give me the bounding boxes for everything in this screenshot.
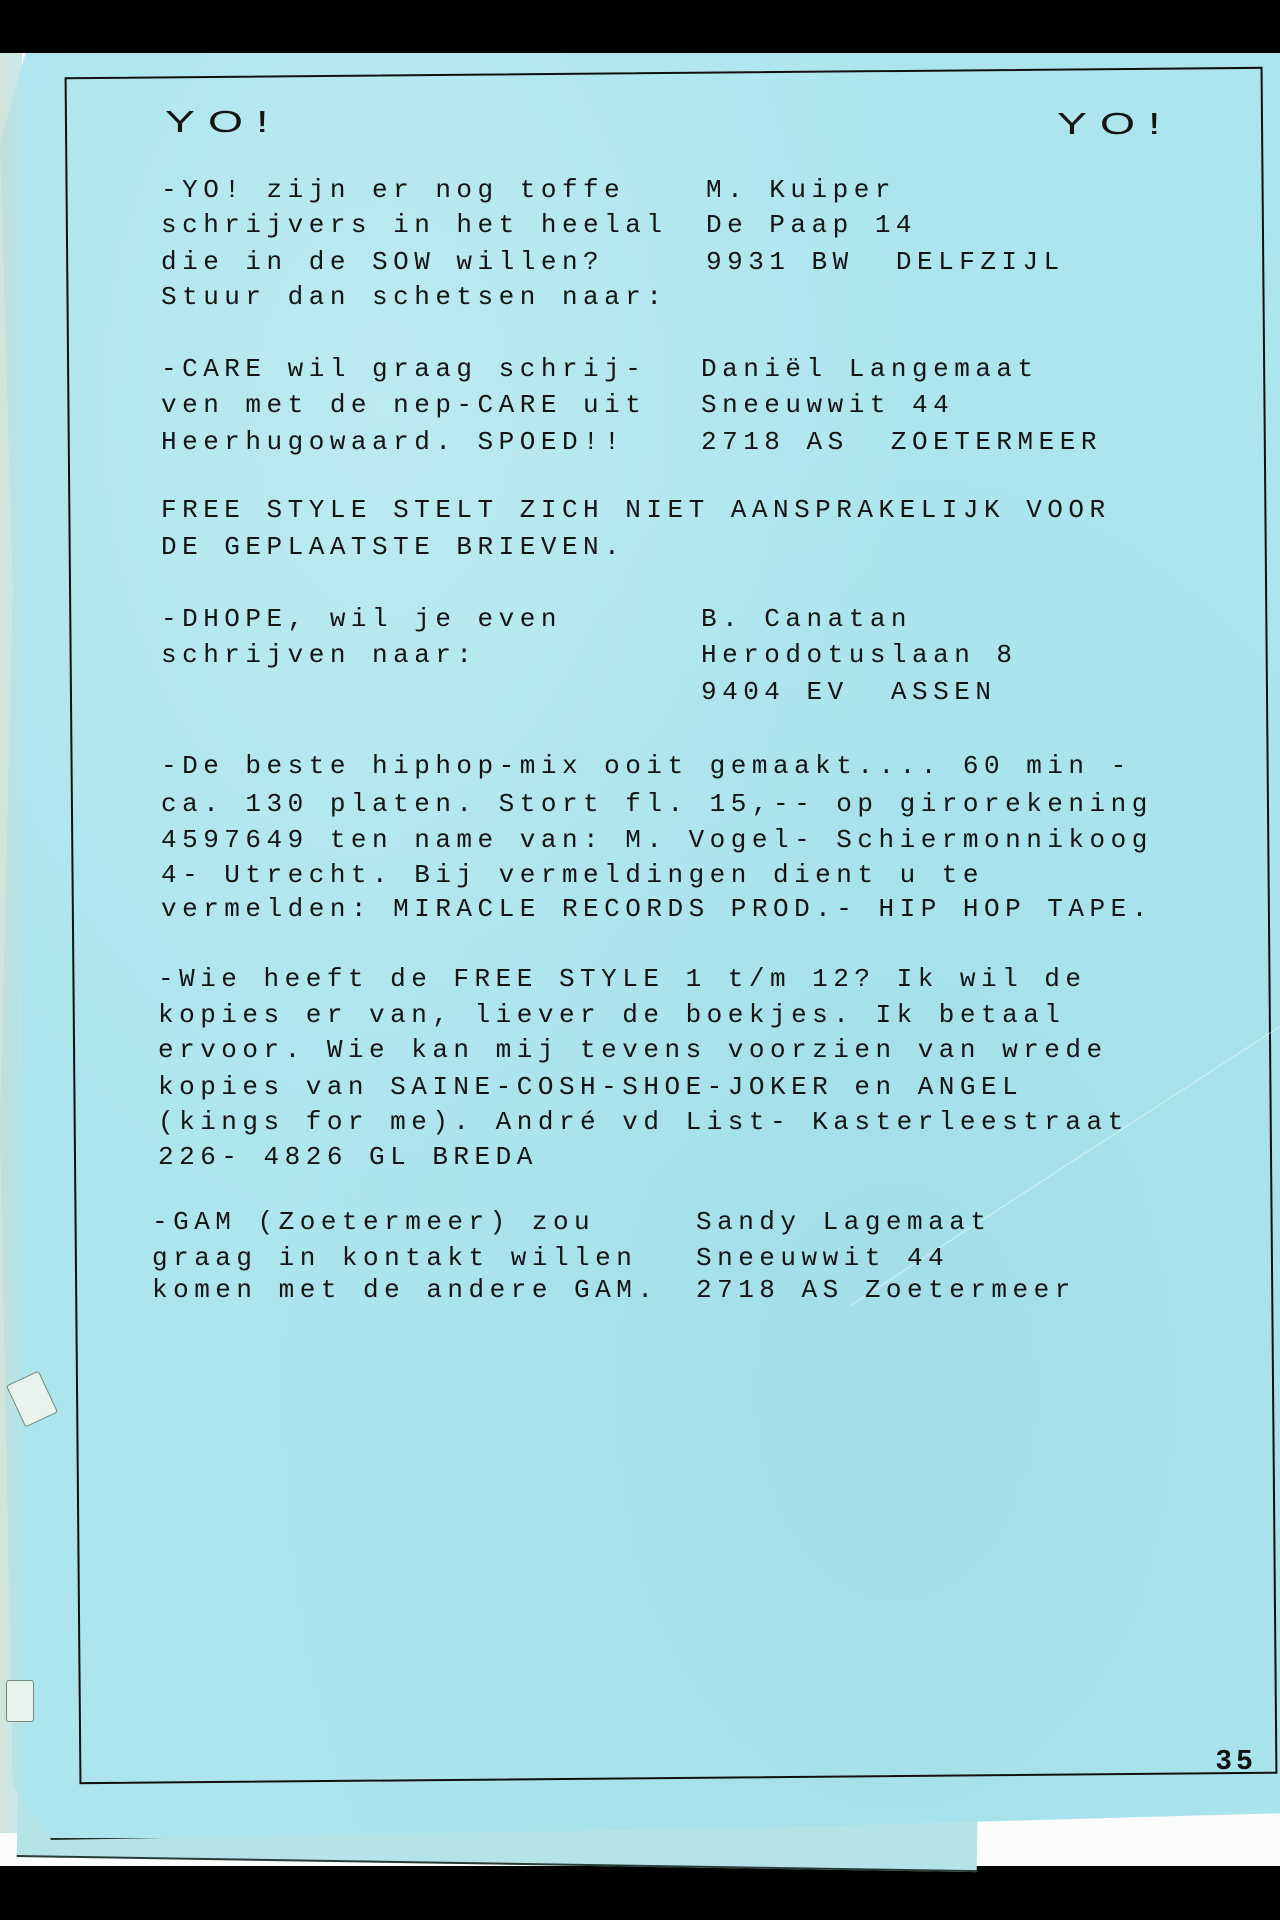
text-line: 226- 4826 GL BREDA bbox=[158, 1144, 538, 1170]
text-line: kopies van SAINE-COSH-SHOE-JOKER en ANGE… bbox=[158, 1074, 1023, 1100]
page-number: 35 bbox=[1216, 1744, 1257, 1776]
text-line: vermelden: MIRACLE RECORDS PROD.- HIP HO… bbox=[161, 896, 1153, 922]
address-line: Sneeuwwit 44 bbox=[701, 392, 954, 418]
text-line: -De beste hiphop-mix ooit gemaakt.... 60… bbox=[161, 753, 1132, 779]
address-line: 2718 AS ZOETERMEER bbox=[701, 429, 1102, 455]
page-border-frame bbox=[65, 67, 1278, 1784]
address-line: 9404 EV ASSEN bbox=[701, 679, 996, 705]
text-line: kopies er van, liever de boekjes. Ik bet… bbox=[158, 1002, 1065, 1028]
text-line: -Wie heeft de FREE STYLE 1 t/m 12? Ik wi… bbox=[158, 966, 1087, 992]
text-line: schrijvers in het heelal bbox=[161, 212, 667, 238]
text-line: -CARE wil graag schrij- bbox=[161, 356, 646, 382]
text-line: schrijven naar: bbox=[161, 642, 478, 668]
text-line: 4- Utrecht. Bij vermeldingen dient u te bbox=[161, 862, 984, 888]
text-line: Heerhugowaard. SPOED!! bbox=[161, 429, 625, 455]
address-line: M. Kuiper bbox=[706, 177, 896, 203]
text-line: graag in kontakt willen bbox=[152, 1245, 637, 1271]
address-line: Herodotuslaan 8 bbox=[701, 642, 1018, 668]
paper-tear bbox=[6, 1680, 34, 1722]
address-line: Daniël Langemaat bbox=[701, 356, 1039, 382]
text-line: (kings for me). André vd List- Kasterlee… bbox=[158, 1109, 1129, 1135]
address-line: Sandy Lagemaat bbox=[696, 1209, 991, 1235]
address-line: 2718 AS Zoetermeer bbox=[696, 1277, 1076, 1303]
text-line: ervoor. Wie kan mij tevens voorzien van … bbox=[158, 1037, 1108, 1063]
address-line: De Paap 14 bbox=[706, 212, 917, 238]
text-line: 4597649 ten name van: M. Vogel- Schiermo… bbox=[161, 827, 1153, 853]
text-line: -DHOPE, wil je even bbox=[161, 606, 562, 632]
text-line: komen met de andere GAM. bbox=[152, 1277, 658, 1303]
address-line: Sneeuwwit 44 bbox=[696, 1245, 949, 1271]
address-line: B. Canatan bbox=[701, 606, 912, 632]
header-right: YO! bbox=[1057, 108, 1174, 139]
text-line: Stuur dan schetsen naar: bbox=[161, 284, 667, 310]
header-left: YO! bbox=[165, 106, 282, 137]
torn-left-edge bbox=[0, 53, 22, 1833]
text-line: -GAM (Zoetermeer) zou bbox=[152, 1209, 595, 1235]
text-line: DE GEPLAATSTE BRIEVEN. bbox=[161, 534, 625, 560]
text-line: die in de SOW willen? bbox=[161, 249, 604, 275]
text-line: FREE STYLE STELT ZICH NIET AANSPRAKELIJK… bbox=[161, 497, 1111, 523]
text-line: ven met de nep-CARE uit bbox=[161, 392, 646, 418]
text-line: ca. 130 platen. Stort fl. 15,-- op giror… bbox=[161, 791, 1153, 817]
text-line: -YO! zijn er nog toffe bbox=[161, 177, 625, 203]
address-line: 9931 BW DELFZIJL bbox=[706, 249, 1065, 275]
